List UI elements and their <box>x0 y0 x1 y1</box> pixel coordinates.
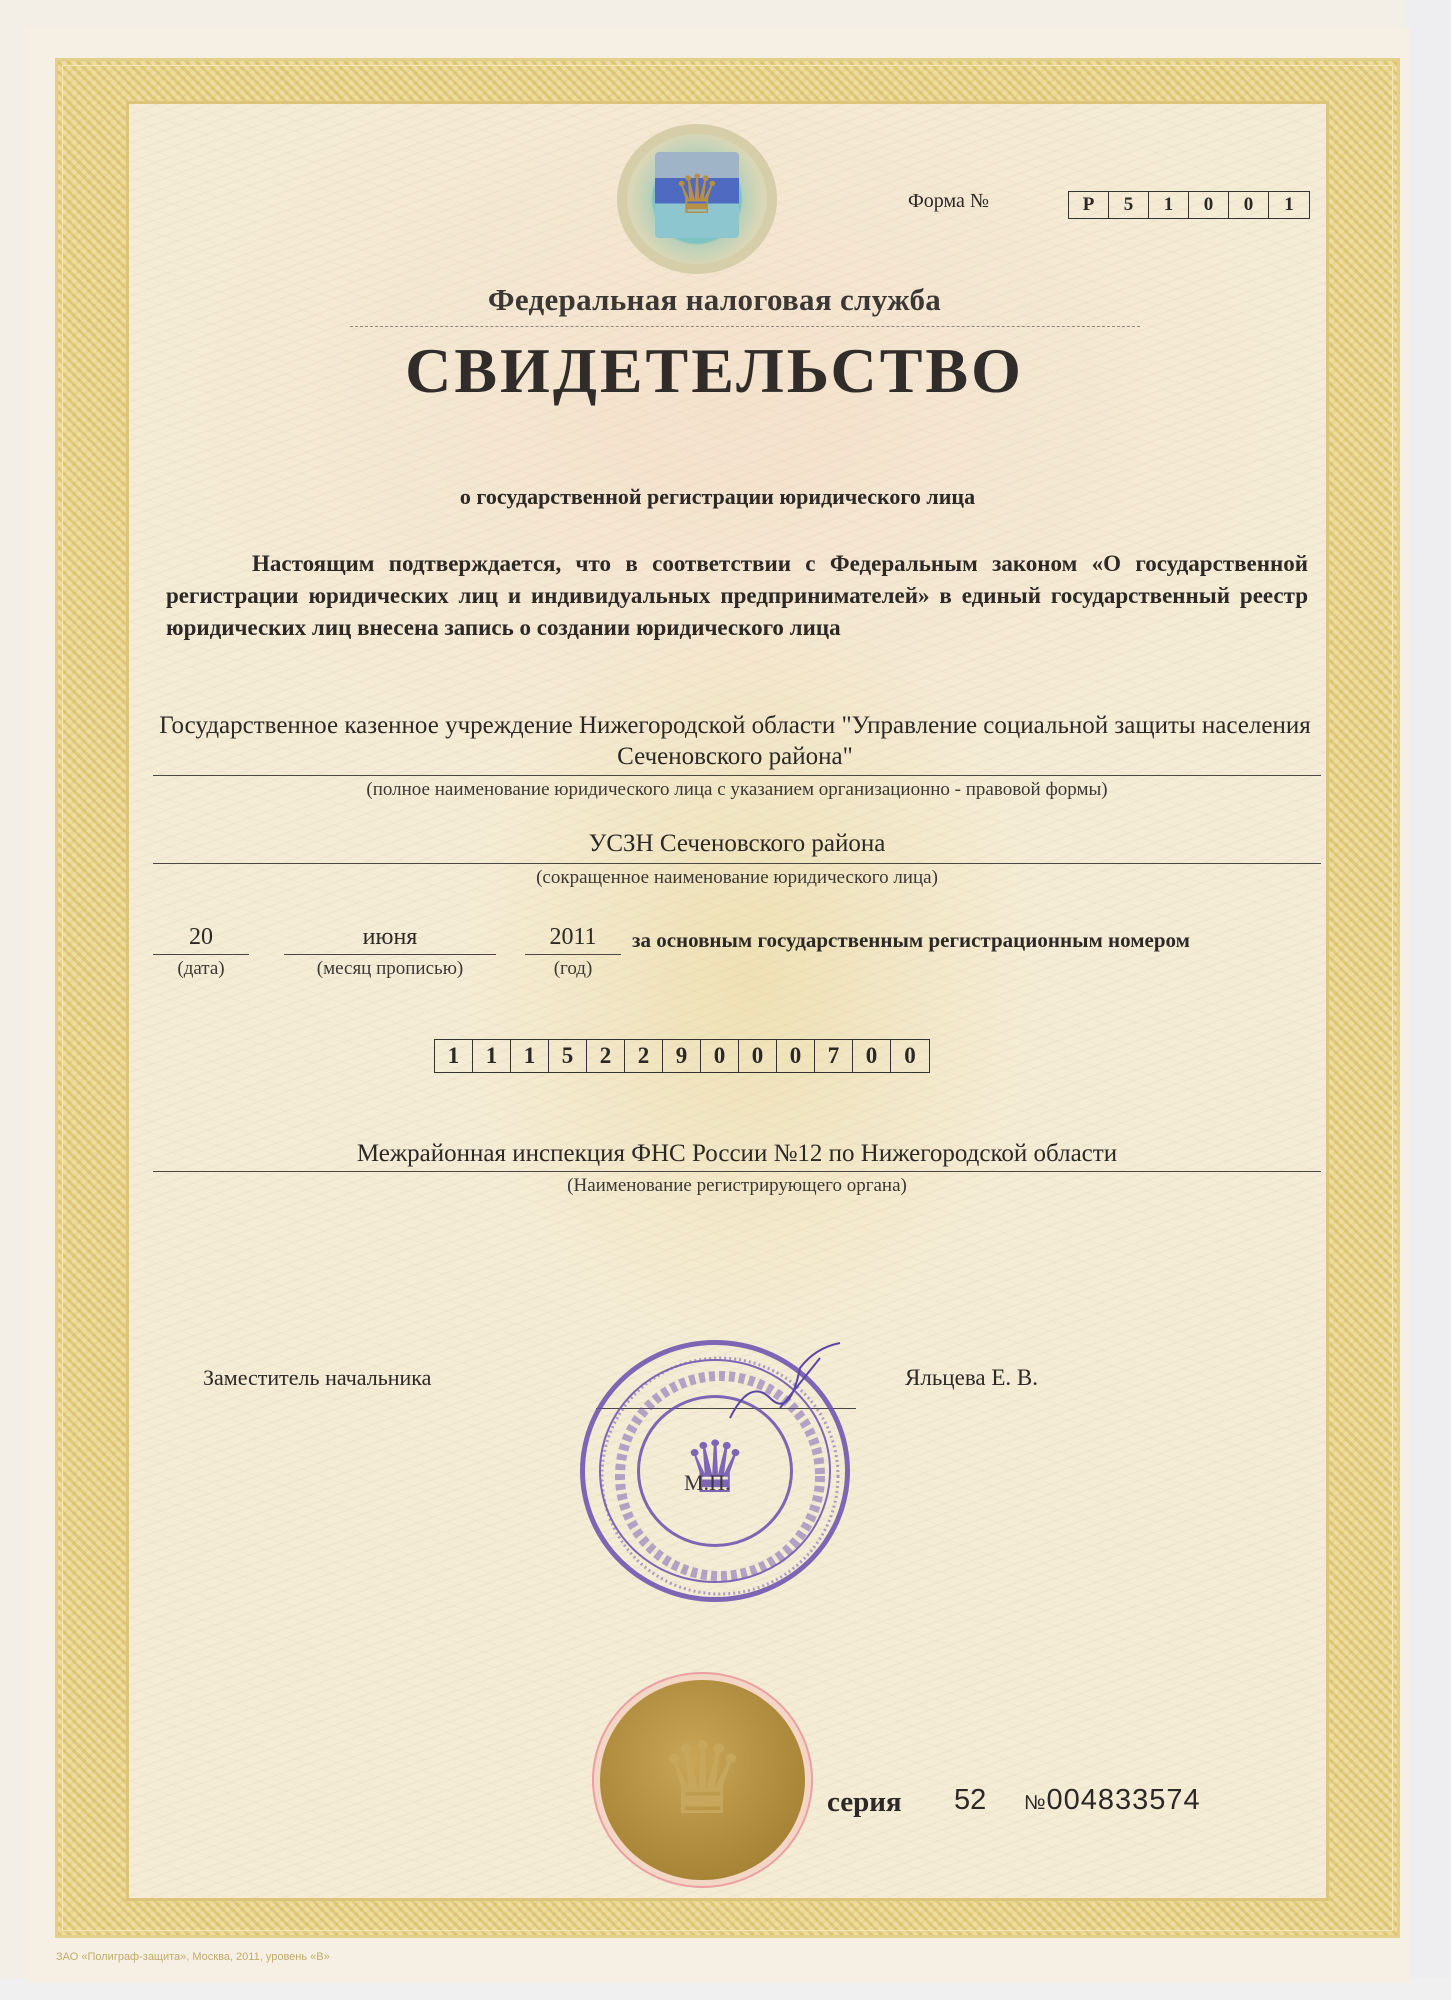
ogrn-digit-cell: 0 <box>739 1040 777 1072</box>
form-number-cell: 0 <box>1189 192 1229 218</box>
form-number-cell: 1 <box>1149 192 1189 218</box>
number-sign: № <box>1024 1792 1046 1814</box>
gold-seal-icon: ♛ <box>600 1680 805 1880</box>
month-caption: (месяц прописью) <box>284 958 496 980</box>
full-entity-name: Государственное казенное учреждение Ниже… <box>150 710 1320 772</box>
form-number-cells: Р51001 <box>1068 191 1310 219</box>
ogrn-digit-cell: 0 <box>891 1040 929 1072</box>
stamp-place-mark: М.П. <box>684 1470 730 1496</box>
form-number-cell: Р <box>1069 192 1109 218</box>
ogrn-digit-cell: 2 <box>587 1040 625 1072</box>
printer-imprint: ЗАО «Полиграф-защита», Москва, 2011, уро… <box>56 1951 330 1963</box>
registration-day: 20 <box>153 924 249 951</box>
seal-eagle-icon: ♛ <box>600 1720 805 1840</box>
registering-authority: Межрайонная инспекция ФНС России №12 по … <box>153 1140 1321 1168</box>
ogrn-digit-cell: 2 <box>625 1040 663 1072</box>
ogrn-number-cells: 1115229000700 <box>434 1039 930 1073</box>
agency-divider <box>350 326 1140 327</box>
form-number-cell: 0 <box>1229 192 1269 218</box>
ogrn-digit-cell: 7 <box>815 1040 853 1072</box>
document-subtitle: о государственной регистрации юридическо… <box>0 484 1451 510</box>
year-rule <box>525 954 621 955</box>
registration-month: июня <box>284 924 496 951</box>
ogrn-digit-cell: 0 <box>701 1040 739 1072</box>
ogrn-digit-cell: 0 <box>777 1040 815 1072</box>
year-caption: (год) <box>525 958 621 980</box>
ogrn-digit-cell: 1 <box>473 1040 511 1072</box>
signatory-position: Заместитель начальника <box>203 1365 431 1391</box>
certificate-number-value: 004833574 <box>1046 1784 1200 1816</box>
agency-name: Федеральная налоговая служба <box>0 282 1451 318</box>
form-number-cell: 1 <box>1269 192 1309 218</box>
certificate-number: №004833574 <box>1024 1784 1201 1817</box>
certification-text: Настоящим подтверждается, что в соответс… <box>166 551 1308 640</box>
month-rule <box>284 954 496 955</box>
form-number-cell: 5 <box>1109 192 1149 218</box>
signature-icon <box>720 1338 850 1428</box>
hologram-emblem-icon: ♛ <box>617 124 777 274</box>
authority-rule <box>153 1171 1321 1172</box>
authority-caption: (Наименование регистрирующего органа) <box>153 1175 1321 1197</box>
day-caption: (дата) <box>153 958 249 980</box>
day-rule <box>153 954 249 955</box>
series-label: серия <box>827 1786 902 1819</box>
ogrn-digit-cell: 1 <box>435 1040 473 1072</box>
certification-paragraph: Настоящим подтверждается, что в соответс… <box>166 548 1308 644</box>
short-entity-name: УСЗН Сеченовского района <box>153 830 1321 858</box>
series-value: 52 <box>954 1784 986 1817</box>
ogrn-digit-cell: 5 <box>549 1040 587 1072</box>
form-number-label: Форма № <box>908 190 989 213</box>
short-name-caption: (сокращенное наименование юридического л… <box>153 867 1321 889</box>
signatory-name: Яльцева Е. В. <box>905 1365 1038 1391</box>
document-title: СВИДЕТЕЛЬСТВО <box>0 334 1451 408</box>
ogrn-label: за основным государственным регистрацион… <box>632 928 1190 953</box>
full-name-caption: (полное наименование юридического лица с… <box>153 779 1321 801</box>
ogrn-digit-cell: 0 <box>853 1040 891 1072</box>
short-name-rule <box>153 863 1321 864</box>
double-headed-eagle-icon: ♛ <box>669 160 725 230</box>
ogrn-digit-cell: 9 <box>663 1040 701 1072</box>
full-name-rule <box>153 775 1321 776</box>
ogrn-digit-cell: 1 <box>511 1040 549 1072</box>
registration-year: 2011 <box>525 924 621 951</box>
